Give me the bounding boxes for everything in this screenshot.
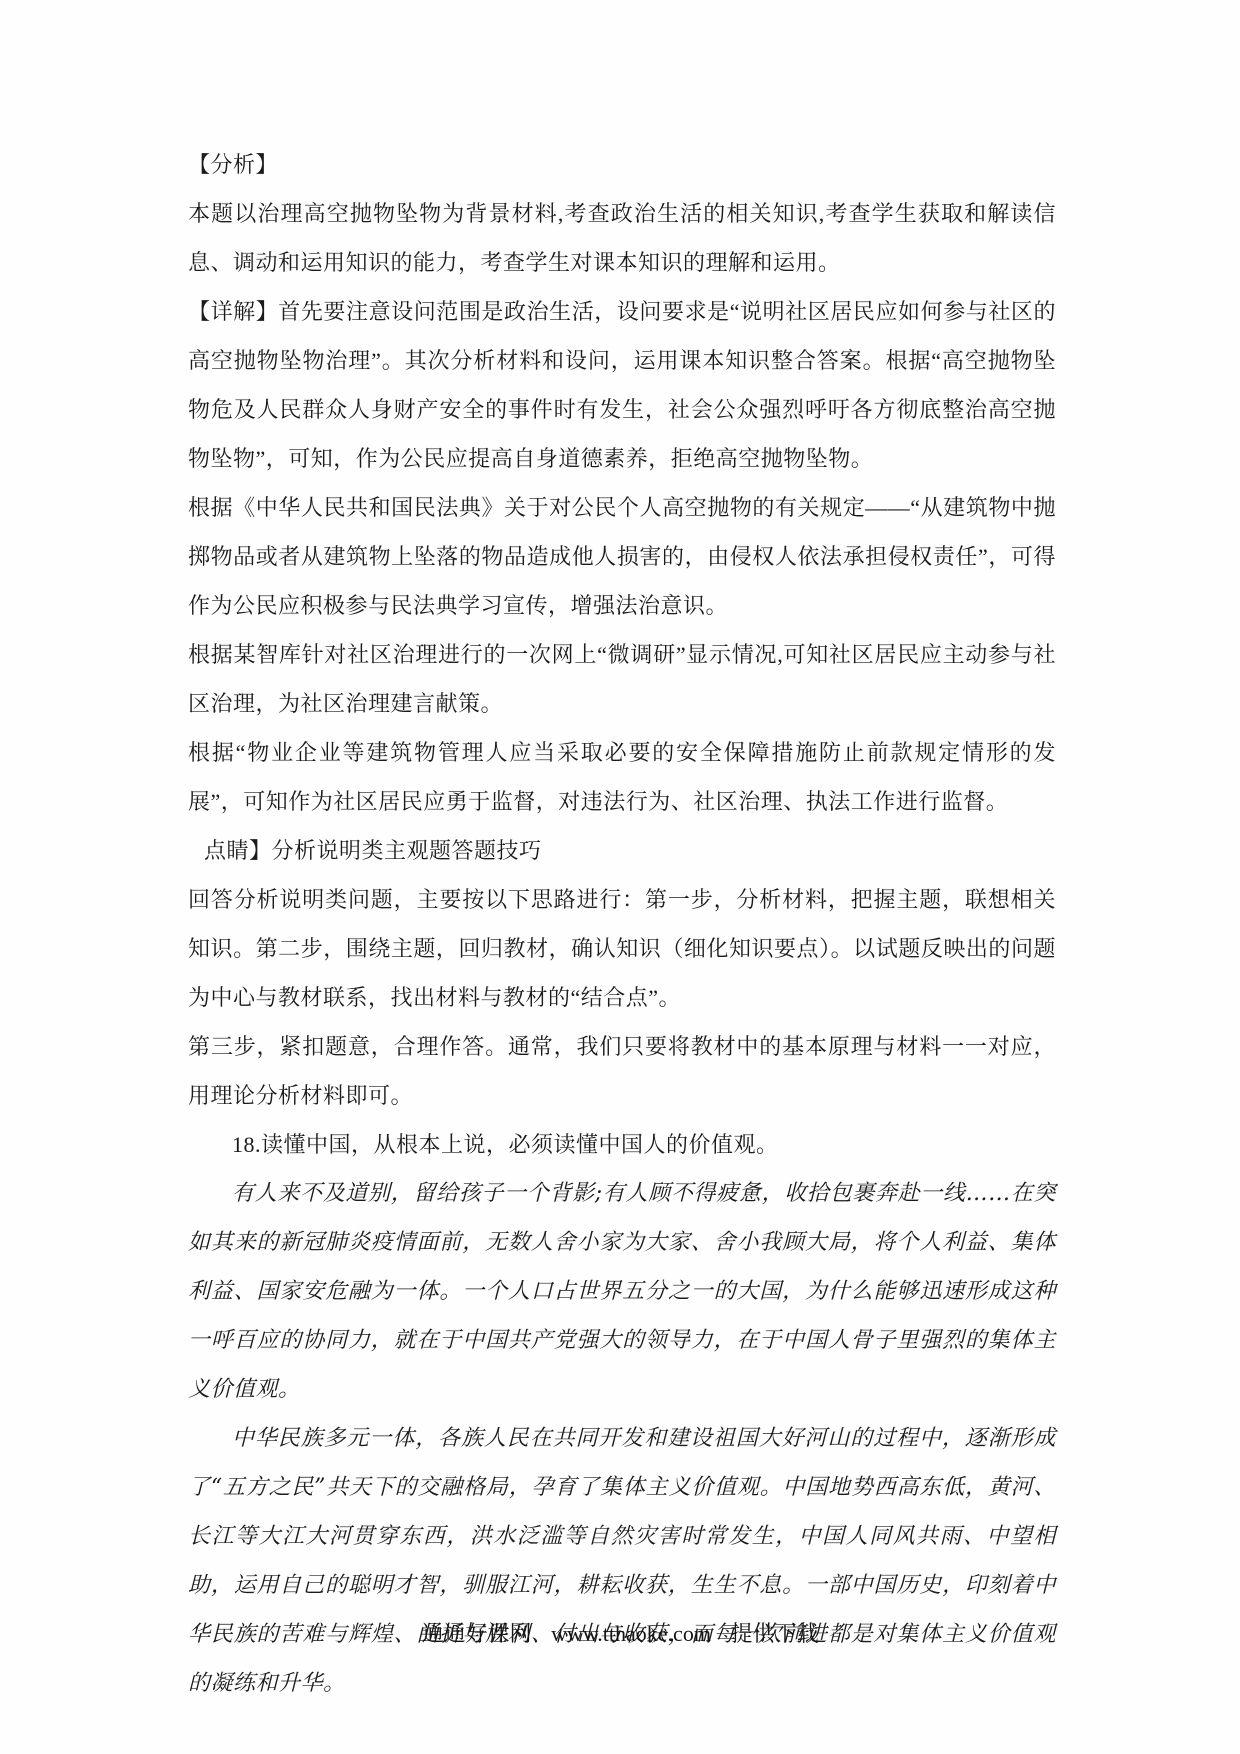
detail-paragraph-4: 根据“物业企业等建筑物管理人应当采取必要的安全保障措施防止前款规定情形的发展”，… — [188, 728, 1056, 826]
footer-site-name: 通通好课网 — [422, 1621, 532, 1646]
page-footer: 通通好课网 www.tthaoke.com 提供下载 — [0, 1614, 1240, 1654]
footer-download-label: 提供下载 — [730, 1621, 818, 1646]
question-18-material-paragraph-1: 有人来不及道别，留给孩子一个背影;有人顾不得疲惫，收拾包裹奔赴一线……在突如其来… — [188, 1169, 1056, 1414]
question-18-intro: 18.读懂中国，从根本上说，必须读懂中国人的价值观。 — [188, 1120, 1056, 1169]
question-18-material-paragraph-2: 中华民族多元一体，各族人民在共同开发和建设祖国大好河山的过程中，逐渐形成了“五方… — [188, 1414, 1056, 1708]
analysis-paragraph: 本题以治理高空抛物坠物为背景材料,考查政治生活的相关知识,考查学生获取和解读信息… — [188, 189, 1056, 287]
tip-section-heading: 点睛】分析说明类主观题答题技巧 — [188, 826, 1056, 875]
tip-paragraph-1: 回答分析说明类问题，主要按以下思路进行：第一步，分析材料，把握主题，联想相关知识… — [188, 875, 1056, 1022]
analysis-section-label: 【分析】 — [188, 140, 1056, 189]
detail-paragraph-1: 【详解】首先要注意设问范围是政治生活，设问要求是“说明社区居民应如何参与社区的高… — [188, 287, 1056, 483]
tip-paragraph-2: 第三步，紧扣题意，合理作答。通常，我们只要将教材中的基本原理与材料一一对应，用理… — [188, 1022, 1056, 1120]
document-body: 【分析】 本题以治理高空抛物坠物为背景材料,考查政治生活的相关知识,考查学生获取… — [188, 140, 1056, 1708]
detail-paragraph-3: 根据某智库针对社区治理进行的一次网上“微调研”显示情况,可知社区居民应主动参与社… — [188, 630, 1056, 728]
footer-site-url: www.tthaoke.com — [551, 1621, 711, 1646]
detail-paragraph-2: 根据《中华人民共和国民法典》关于对公民个人高空抛物的有关规定——“从建筑物中抛掷… — [188, 483, 1056, 630]
document-page: 【分析】 本题以治理高空抛物坠物为背景材料,考查政治生活的相关知识,考查学生获取… — [0, 0, 1240, 1754]
